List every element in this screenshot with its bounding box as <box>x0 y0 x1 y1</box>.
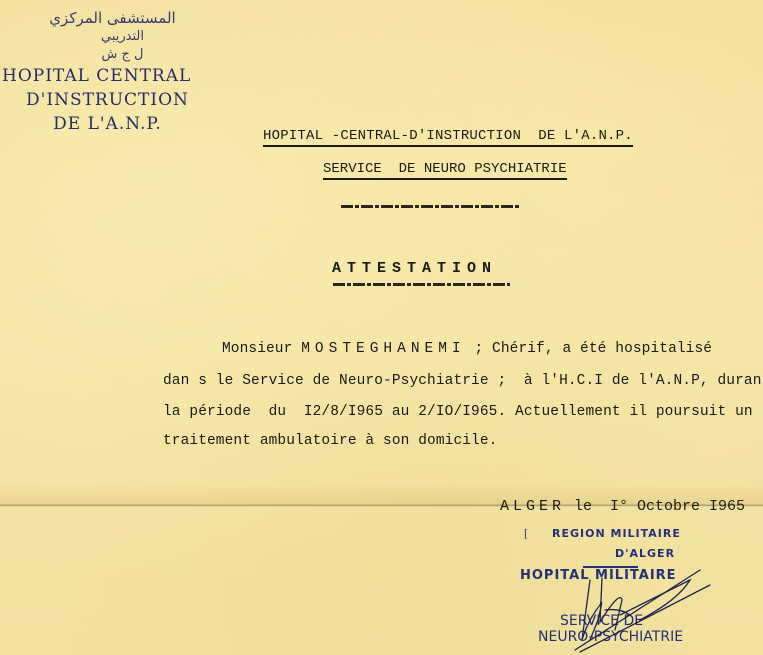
title-dash-rule <box>333 283 510 286</box>
place-and-date: ALGER le I° Octobre I965 <box>500 498 745 515</box>
stamp-line2: D'INSTRUCTION <box>0 88 215 112</box>
stamp-arabic-line1: المستشفى المركزي <box>10 8 215 28</box>
place: ALGER <box>500 498 565 515</box>
document-title: ATTESTATION <box>332 260 497 277</box>
date: le I° Octobre I965 <box>565 498 745 515</box>
attestation-document: المستشفى المركزي التدريبي ل ج ش HOPITAL … <box>0 0 763 655</box>
stamp-mark: [ <box>524 526 528 541</box>
body-line-2: dan s le Service de Neuro-Psychiatrie ; … <box>163 373 763 389</box>
stamp-line1: HOPITAL CENTRAL <box>0 64 215 88</box>
body-line-1: Monsieur MOSTEGHANEMI ; Chérif, a été ho… <box>222 341 712 357</box>
service-heading: SERVICE DE NEURO PSYCHIATRIE <box>323 161 567 180</box>
letterhead-stamp: المستشفى المركزي التدريبي ل ج ش HOPITAL … <box>0 8 215 136</box>
footer-stamp-line1: REGION MILITAIRE <box>552 527 681 540</box>
body-line-1-prefix: Monsieur <box>222 341 301 357</box>
body-line-3: la période du I2/8/I965 au 2/IO/I965. Ac… <box>163 404 753 420</box>
stamp-arabic-line3: ل ج ش <box>30 46 215 64</box>
decorative-dash-rule <box>341 205 521 208</box>
body-line-4: traitement ambulatoire à son domicile. <box>163 433 497 449</box>
stamp-line3: DE L'A.N.P. <box>0 112 215 136</box>
body-line-1-suffix: ; Chérif, a été hospitalisé <box>466 341 712 357</box>
patient-surname: MOSTEGHANEMI <box>301 341 465 357</box>
footer-stamp-line2: D'ALGER <box>615 547 675 560</box>
institution-heading: HOPITAL -CENTRAL-D'INSTRUCTION DE L'A.N.… <box>263 128 633 147</box>
signature <box>560 560 720 655</box>
stamp-arabic-line2: التدريبي <box>30 28 215 46</box>
